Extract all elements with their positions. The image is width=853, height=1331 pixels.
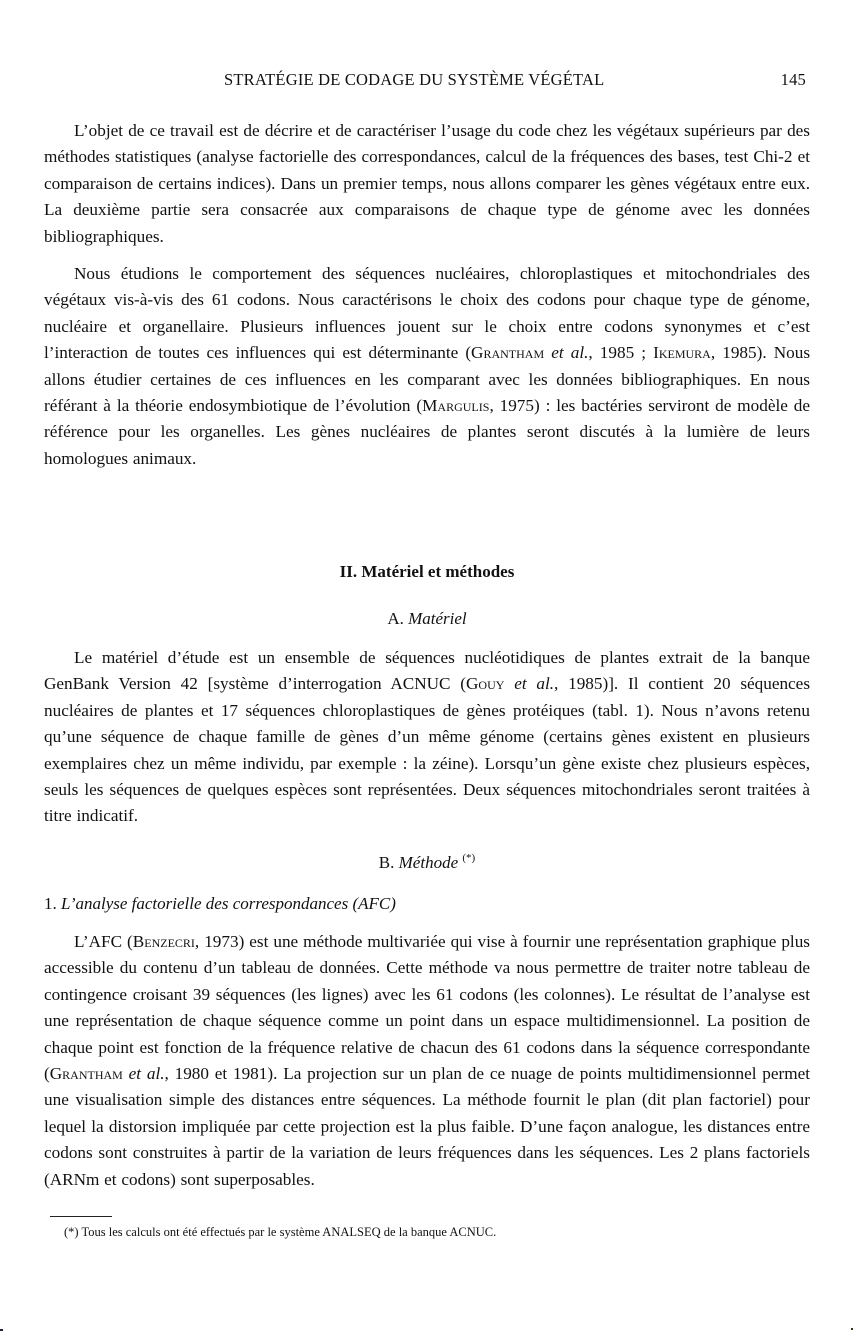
footnote: (*) Tous les calculs ont été effectués p… bbox=[64, 1224, 496, 1240]
citation-author: Grantham bbox=[50, 1064, 123, 1083]
citation-etal: et al. bbox=[129, 1064, 165, 1083]
citation-year: , 1985 ; bbox=[588, 343, 653, 362]
footnote-mark: (*) bbox=[64, 1225, 79, 1239]
paragraph-text: , 1973) est une méthode multivariée qui … bbox=[44, 932, 810, 1083]
subsection-title: Méthode bbox=[399, 853, 458, 872]
running-title: STRATÉGIE DE CODAGE DU SYSTÈME VÉGÉTAL bbox=[224, 70, 604, 90]
citation-author: Benzecri bbox=[133, 932, 195, 951]
subsection-heading-method: B. Méthode (*) bbox=[44, 852, 810, 873]
heading-number: 1. bbox=[44, 894, 57, 913]
citation-author: Grantham bbox=[471, 343, 544, 362]
heading-title: L’analyse factorielle des correspondance… bbox=[61, 894, 396, 913]
subsection-title: Matériel bbox=[408, 609, 467, 628]
footnote-divider bbox=[50, 1216, 112, 1217]
footnote-reference: (*) bbox=[462, 852, 475, 864]
citation-etal: et al. bbox=[514, 674, 554, 693]
citation-author: Gouy bbox=[466, 674, 504, 693]
numbered-heading-afc: 1. L’analyse factorielle des corresponda… bbox=[44, 894, 396, 914]
subsection-letter: A. bbox=[387, 609, 404, 628]
section-heading: II. Matériel et méthodes bbox=[44, 562, 810, 582]
paragraph-study-scope: Nous étudions le comportement des séquen… bbox=[44, 261, 810, 472]
page-number: 145 bbox=[781, 70, 806, 90]
citation-author: Margulis bbox=[422, 396, 489, 415]
paragraph-objective: L’objet de ce travail est de décrire et … bbox=[44, 118, 810, 250]
citation-author: Ikemura bbox=[653, 343, 711, 362]
footnote-text: Tous les calculs ont été effectués par l… bbox=[81, 1225, 496, 1239]
paragraph-afc: L’AFC (Benzecri, 1973) est une méthode m… bbox=[44, 929, 810, 1193]
paragraph-text: L’AFC ( bbox=[74, 932, 133, 951]
running-header: STRATÉGIE DE CODAGE DU SYSTÈME VÉGÉTAL 1… bbox=[44, 70, 810, 92]
paragraph-text: , 1985)]. Il contient 20 séquences nuclé… bbox=[44, 674, 810, 825]
paragraph-material: Le matériel d’étude est un ensemble de s… bbox=[44, 645, 810, 830]
citation-etal: et al. bbox=[551, 343, 588, 362]
subsection-heading-material: A. Matériel bbox=[44, 609, 810, 629]
subsection-letter: B. bbox=[379, 853, 395, 872]
